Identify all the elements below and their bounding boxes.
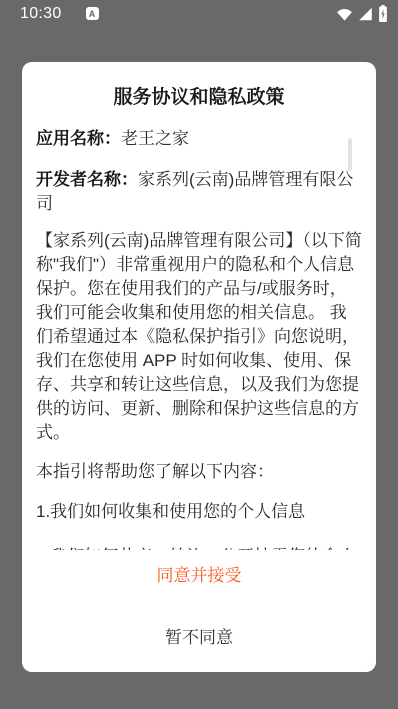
policy-item-1: 1.我们如何收集和使用您的个人信息	[36, 500, 362, 524]
policy-intro-line: 本指引将帮助您了解以下内容：	[36, 460, 362, 484]
wifi-icon	[336, 7, 353, 21]
app-name-label: 应用名称：	[36, 129, 121, 148]
cellular-signal-icon	[358, 7, 373, 21]
agree-button[interactable]: 同意并接受	[36, 564, 362, 588]
developer-name-line: 开发者名称：家系列(云南)品牌管理有限公司	[36, 168, 362, 216]
screen-backdrop: { "status_bar": { "time": "10:30", "noti…	[0, 0, 398, 709]
status-time: 10:30	[20, 5, 62, 23]
policy-scroll-area[interactable]: 应用名称：老王之家 开发者名称：家系列(云南)品牌管理有限公司 【家系列(云南)…	[36, 120, 362, 550]
app-name-value: 老王之家	[121, 129, 189, 148]
scrollbar-thumb[interactable]	[348, 138, 352, 171]
policy-item-2: 2.我们如何共享、转让、公开披露您的个人信息	[36, 545, 362, 550]
dialog-title: 服务协议和隐私政策	[36, 88, 362, 108]
battery-charging-icon	[378, 5, 388, 22]
status-bar: 10:30 A	[0, 0, 398, 27]
policy-paragraph: 【家系列(云南)品牌管理有限公司】（以下简称"我们"）非常重视用户的隐私和个人信…	[36, 229, 362, 445]
developer-name-label: 开发者名称：	[36, 170, 138, 189]
app-name-line: 应用名称：老王之家	[36, 127, 362, 151]
privacy-dialog: 服务协议和隐私政策 应用名称：老王之家 开发者名称：家系列(云南)品牌管理有限公…	[22, 62, 376, 672]
disagree-button[interactable]: 暂不同意	[36, 626, 362, 650]
status-icons	[336, 5, 388, 22]
notification-app-icon: A	[86, 7, 99, 20]
